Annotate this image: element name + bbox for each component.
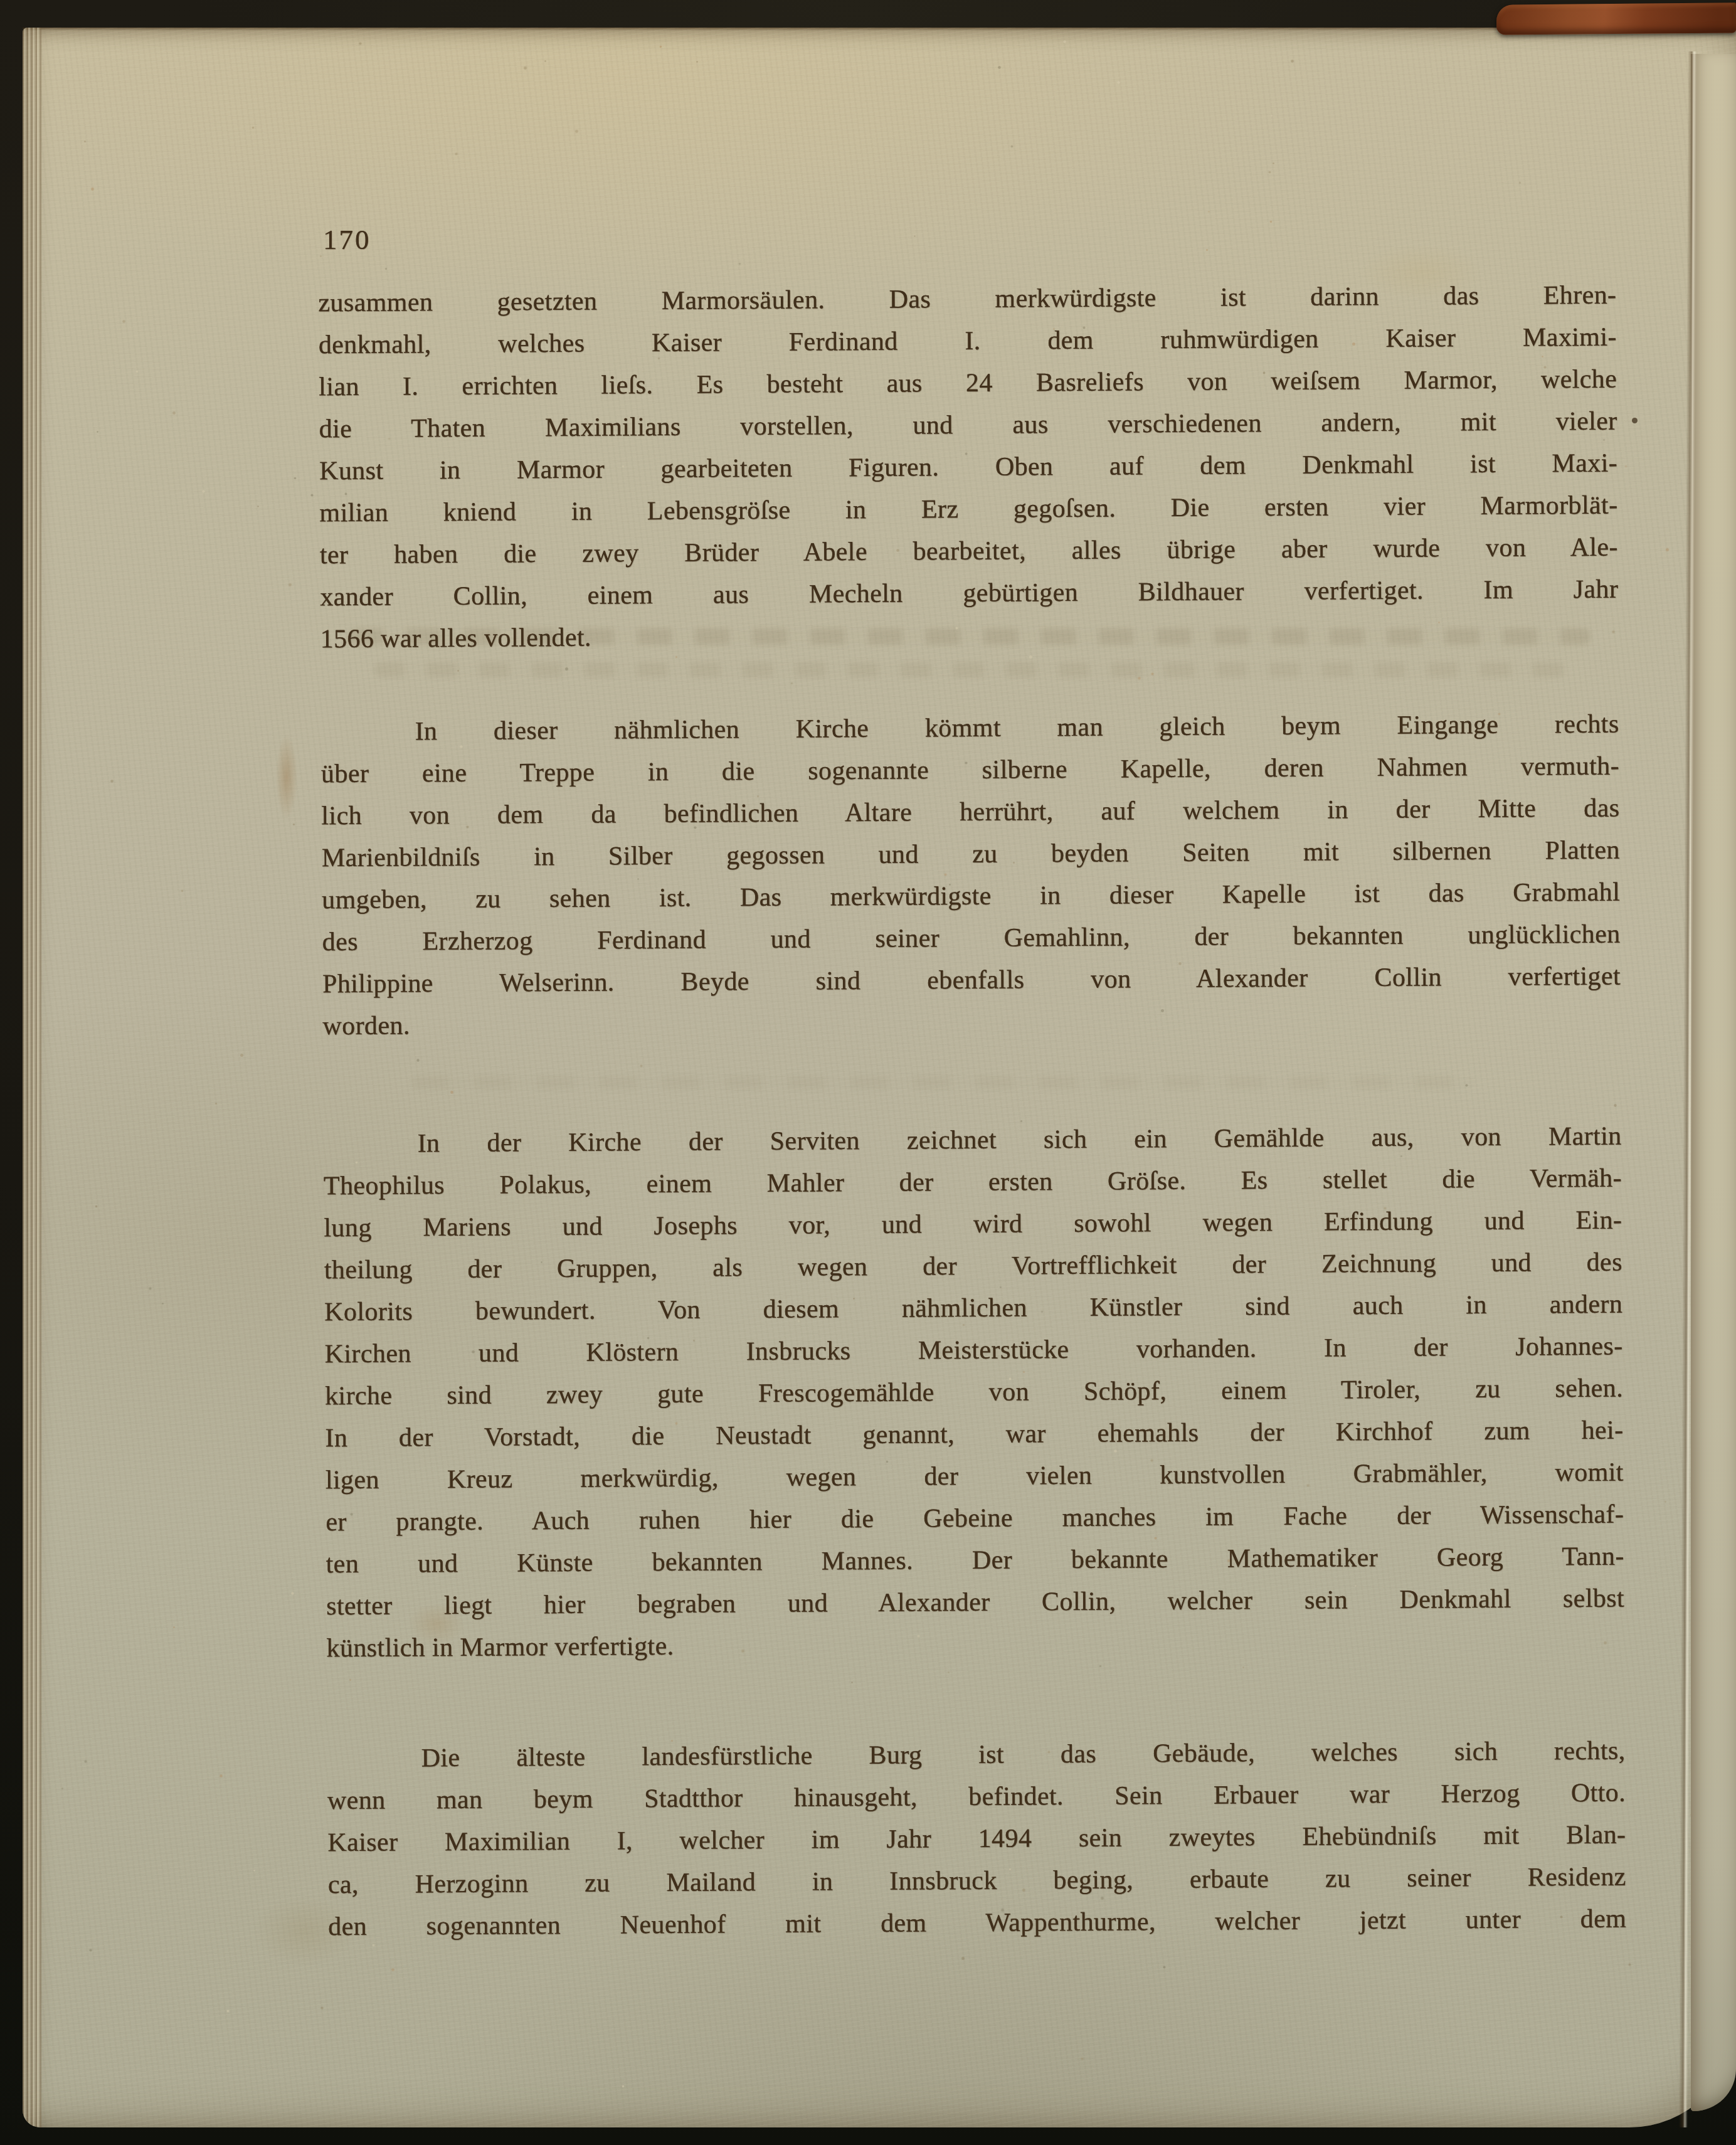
text-line: ten und Künste bekannten Mannes. Der bek… [326,1536,1624,1586]
text-line: den sogenannten Neuenhof mit dem Wappent… [328,1899,1626,1949]
fore-edge-strip [1691,54,1736,2111]
text-line: 1566 war alles vollendet. [320,611,1619,661]
book-scan-photo: 170 zusammen gesetzten Marmorsäulen. Das… [0,0,1736,2145]
text-line: xander Collin, einem aus Mecheln gebürti… [320,569,1618,619]
text-line: Kolorits bewundert. Von diesem nähmliche… [324,1284,1622,1334]
text-line: Marienbildniſs in Silber gegossen und zu… [322,830,1620,880]
text-line: Philippine Welserinn. Beyde sind ebenfal… [322,956,1621,1006]
text-line: In der Kirche der Serviten zeichnet sich… [323,1116,1621,1166]
text-line: In der Vorstadt, die Neustadt genannt, w… [325,1410,1623,1460]
text-line: die Thaten Maximilians vorstellen, und a… [319,401,1617,451]
paragraph-4: Die älteste landesfürstliche Burg ist da… [327,1730,1626,1949]
text-line: lich von dem da befindlichen Altare herr… [321,788,1619,838]
text-line: künstlich in Marmor verfertigte. [326,1620,1624,1670]
text-line: Kunst in Marmor gearbeiteten Figuren. Ob… [319,443,1617,493]
text-line: ca, Herzoginn zu Mailand in Innsbruck be… [328,1856,1626,1907]
text-line: worden. [322,998,1621,1048]
page-text-block: zusammen gesetzten Marmorsäulen. Das mer… [317,24,1628,2132]
text-line: Kirchen und Klöstern Insbrucks Meisterst… [324,1326,1622,1376]
paragraph-2: In dieser nähmlichen Kirche kömmt man gl… [320,704,1621,1048]
text-line: denkmahl, welches Kaiser Ferdinand I. de… [319,317,1617,367]
text-line: milian kniend in Lebensgröſse in Erz geg… [319,485,1617,535]
text-line: Theophilus Polakus, einem Mahler der ers… [324,1158,1622,1208]
text-line: zusammen gesetzten Marmorsäulen. Das mer… [318,275,1616,325]
text-line: über eine Treppe in die sogenannte silbe… [321,746,1619,796]
text-line: umgeben, zu sehen ist. Das merkwürdigste… [322,872,1620,922]
binding-leather-strip [1496,3,1736,34]
text-line: In dieser nähmlichen Kirche kömmt man gl… [320,704,1619,754]
text-line: Kaiser Maximilian I, welcher im Jahr 149… [327,1814,1626,1865]
text-line: er prangte. Auch ruhen hier die Gebeine … [325,1494,1624,1544]
paragraph-1: zusammen gesetzten Marmorsäulen. Das mer… [318,275,1619,661]
ink-speck [1632,418,1638,423]
text-line: ter haben die zwey Brüder Abele bearbeit… [320,527,1618,577]
text-line: des Erzherzog Ferdinand und seiner Gemah… [322,914,1620,964]
text-line: Die älteste landesfürstliche Burg ist da… [327,1730,1625,1781]
paper-stain [272,721,301,834]
text-line: wenn man beym Stadtthor hinausgeht, befi… [327,1772,1626,1823]
text-line: lian I. errichten lieſs. Es besteht aus … [319,359,1617,409]
text-line: lung Mariens und Josephs vor, und wird s… [324,1200,1622,1250]
text-line: ligen Kreuz merkwürdig, wegen der vielen… [325,1452,1624,1502]
text-line: stetter liegt hier begraben und Alexande… [326,1578,1624,1628]
text-line: theilung der Gruppen, als wegen der Vort… [324,1242,1622,1292]
text-line: kirche sind zwey gute Frescogemählde von… [325,1368,1623,1418]
paragraph-3: In der Kirche der Serviten zeichnet sich… [323,1116,1624,1670]
page-edge-stack [23,28,41,2127]
book-page: 170 zusammen gesetzten Marmorsäulen. Das… [23,28,1736,2127]
